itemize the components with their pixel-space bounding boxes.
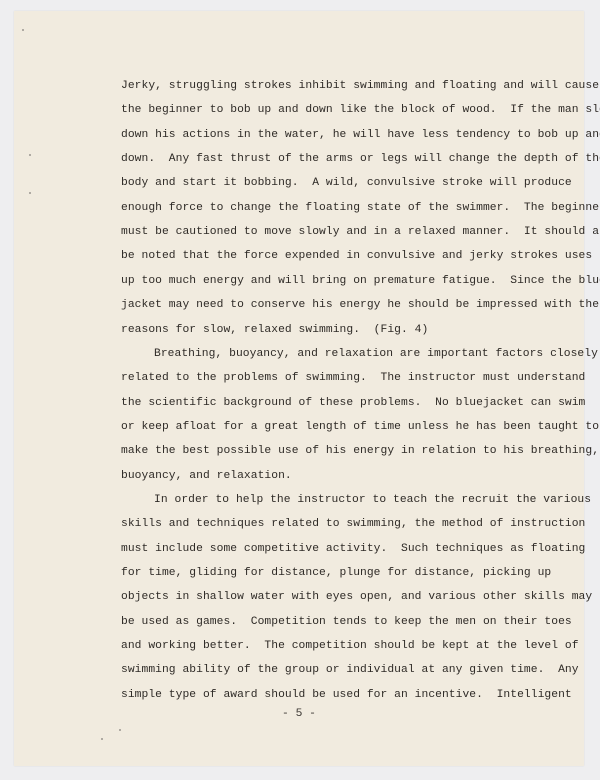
document-page: Jerky, struggling strokes inhibit swimmi…: [14, 11, 584, 766]
text-line: up too much energy and will bring on pre…: [121, 274, 600, 288]
text-line: skills and techniques related to swimmin…: [121, 517, 585, 531]
text-line: simple type of award should be used for …: [121, 688, 572, 702]
text-line: the scientific background of these probl…: [121, 396, 585, 410]
text-line: down his actions in the water, he will h…: [121, 128, 600, 142]
text-line: be noted that the force expended in conv…: [121, 249, 592, 263]
paragraph-start-line: In order to help the instructor to teach…: [154, 493, 591, 507]
text-line: or keep afloat for a great length of tim…: [121, 420, 599, 434]
paper-speck: [101, 738, 103, 740]
paper-speck: [119, 729, 121, 731]
text-line: swimming ability of the group or individ…: [121, 663, 579, 677]
text-line: body and start it bobbing. A wild, convu…: [121, 176, 572, 190]
text-line: jacket may need to conserve his energy h…: [121, 298, 599, 312]
text-line: be used as games. Competition tends to k…: [121, 615, 572, 629]
text-line: must include some competitive activity. …: [121, 542, 585, 556]
text-line: must be cautioned to move slowly and in …: [121, 225, 600, 239]
paper-speck: [29, 192, 31, 194]
text-line: related to the problems of swimming. The…: [121, 371, 585, 385]
text-line: buoyancy, and relaxation.: [121, 469, 292, 483]
text-line: and working better. The competition shou…: [121, 639, 579, 653]
text-line: reasons for slow, relaxed swimming. (Fig…: [121, 323, 428, 337]
text-line: make the best possible use of his energy…: [121, 444, 599, 458]
text-line: objects in shallow water with eyes open,…: [121, 590, 592, 604]
paper-speck: [29, 154, 31, 156]
text-line: down. Any fast thrust of the arms or leg…: [121, 152, 600, 166]
page-number: - 5 -: [14, 708, 584, 720]
paper-speck: [22, 29, 24, 31]
text-line: for time, gliding for distance, plunge f…: [121, 566, 551, 580]
text-line: Jerky, struggling strokes inhibit swimmi…: [121, 79, 599, 93]
text-line: enough force to change the floating stat…: [121, 201, 600, 215]
paragraph-start-line: Breathing, buoyancy, and relaxation are …: [154, 347, 598, 361]
text-line: the beginner to bob up and down like the…: [121, 103, 600, 117]
